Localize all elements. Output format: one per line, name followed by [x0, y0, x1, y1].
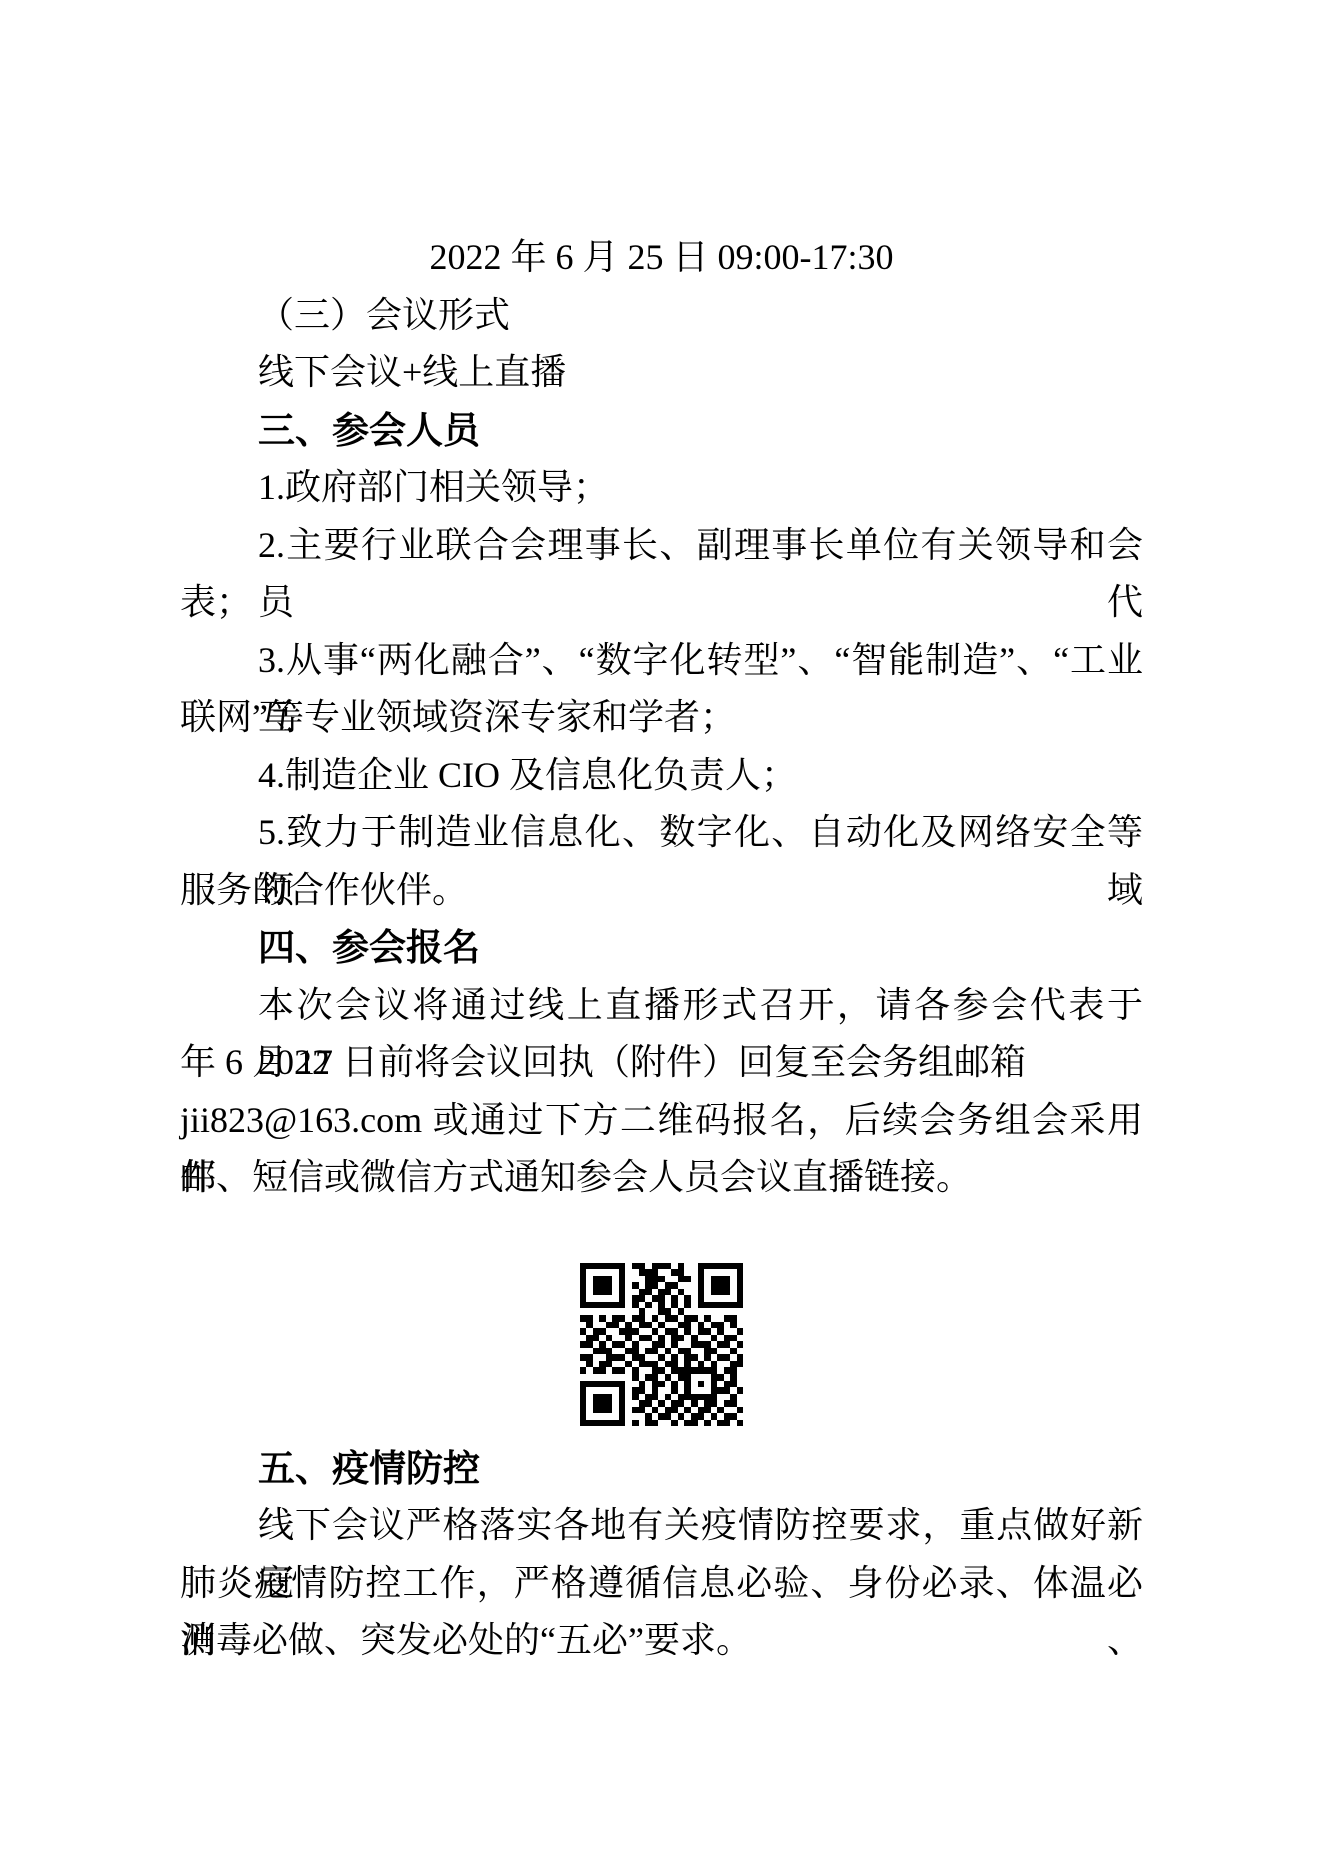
participants-item-5-line-1: 5.致力于制造业信息化、数字化、自动化及网络安全等领域: [180, 804, 1143, 862]
subheading-meeting-format: （三）会议形式: [180, 287, 1143, 345]
participants-item-1: 1.政府部门相关领导；: [180, 459, 1143, 517]
heading-epidemic-prevention: 五、疫情防控: [180, 1440, 1143, 1498]
participants-item-3-line-2: 联网”等专业领域资深专家和学者；: [180, 689, 1143, 747]
registration-para-line-4: 件、短信或微信方式通知参会人员会议直播链接。: [180, 1149, 1143, 1207]
participants-item-3-line-1: 3.从事“两化融合”、“数字化转型”、“智能制造”、“工业互: [180, 632, 1143, 690]
heading-registration: 四、参会报名: [180, 919, 1143, 977]
document-content: 2022 年 6 月 25 日 09:00-17:30 （三）会议形式 线下会议…: [180, 229, 1143, 1670]
registration-qr-code: [580, 1263, 744, 1427]
heading-participants: 三、参会人员: [180, 402, 1143, 460]
registration-para-line-2: 年 6 月 17 日前将会议回执（附件）回复至会务组邮箱: [180, 1034, 1143, 1092]
epidemic-para-line-1: 线下会议严格落实各地有关疫情防控要求，重点做好新冠: [180, 1497, 1143, 1555]
document-page: 2022 年 6 月 25 日 09:00-17:30 （三）会议形式 线下会议…: [0, 0, 1323, 1871]
date-time-line: 2022 年 6 月 25 日 09:00-17:30: [180, 229, 1143, 287]
participants-item-4: 4.制造企业 CIO 及信息化负责人；: [180, 747, 1143, 805]
participants-item-2-line-1: 2.主要行业联合会理事长、副理事长单位有关领导和会员代: [180, 517, 1143, 575]
registration-para-line-3: jii823@163.com 或通过下方二维码报名，后续会务组会采用邮: [180, 1092, 1143, 1150]
meeting-format-value: 线下会议+线上直播: [180, 344, 1143, 402]
registration-para-line-1: 本次会议将通过线上直播形式召开，请各参会代表于 2022: [180, 977, 1143, 1035]
epidemic-para-line-2: 肺炎疫情防控工作，严格遵循信息必验、身份必录、体温必测、: [180, 1555, 1143, 1613]
